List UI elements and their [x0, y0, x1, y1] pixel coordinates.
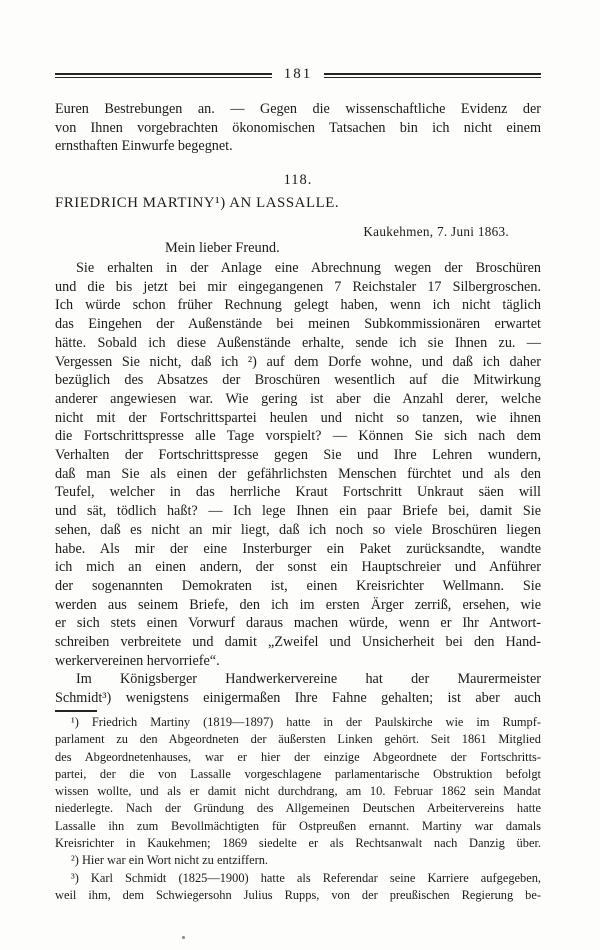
text-line: bezüglich des Absatzes der Broschüren we…: [55, 371, 541, 390]
text-line: und sät, tödlich haßt? — Ich lege Ihnen …: [55, 502, 541, 521]
footnote-3: ³) Karl Schmidt (1825—1900) hatte als Re…: [55, 870, 541, 905]
text-line: ²) Hier war ein Wort nicht zu entziffern…: [55, 852, 541, 869]
footnote-1: ¹) Friedrich Martiny (1819—1897) hatte i…: [55, 714, 541, 852]
book-page: 181 Euren Bestrebungen an. — Gegen die w…: [0, 0, 600, 950]
text-line: hätte. Sobald ich diese Außenstände erha…: [55, 334, 541, 353]
text-line: werden aus seinem Briefe, den ich im ers…: [55, 596, 541, 615]
text-line: nicht mit der Fortschrittspartei heulen …: [55, 409, 541, 428]
text-line: von Ihnen vorgebrachten ökonomischen Tat…: [55, 119, 541, 138]
text-line: daß man Sie als einen der gefährlichsten…: [55, 465, 541, 484]
letter-number: 118.: [55, 172, 541, 189]
text-line: niederlegte. Nach der Gründung des Allge…: [55, 800, 541, 817]
text-line: ich mich an einen andern, der sonst ein …: [55, 558, 541, 577]
letter-dateline: Kaukehmen, 7. Juni 1863.: [55, 224, 541, 240]
header-rule-left: [55, 73, 272, 78]
text-line: und die bis jetzt bei mir eingegangenen …: [55, 278, 541, 297]
letter-title: FRIEDRICH MARTINY¹) AN LASSALLE.: [55, 195, 541, 212]
text-line: sehen, daß es nicht an mir liegt, daß ic…: [55, 521, 541, 540]
text-line: habe. Als mir der eine Insterburger ein …: [55, 540, 541, 559]
letter-body-paragraph-2: Im Königsberger Handwerkervereine hat de…: [55, 670, 541, 707]
letter-body: Sie erhalten in der Anlage eine Abrechnu…: [55, 259, 541, 708]
text-line: Euren Bestrebungen an. — Gegen die wisse…: [55, 100, 541, 119]
text-line: wissen wollte, und als er damit nicht du…: [55, 783, 541, 800]
footnote-2: ²) Hier war ein Wort nicht zu entziffern…: [55, 852, 541, 869]
text-line: Verhalten der Fortschrittspresse gegen S…: [55, 446, 541, 465]
text-line: ¹) Friedrich Martiny (1819—1897) hatte i…: [55, 714, 541, 731]
text-line: er sich stets einen Vorwurf daraus mache…: [55, 614, 541, 633]
text-line: Lassalle ihn zum Bevollmächtigten für Os…: [55, 818, 541, 835]
text-line: partei, der die von Lassalle vorgeschlag…: [55, 766, 541, 783]
letter-body-paragraph-1: Sie erhalten in der Anlage eine Abrechnu…: [55, 259, 541, 670]
continuation-paragraph: Euren Bestrebungen an. — Gegen die wisse…: [55, 100, 541, 156]
text-line: Kreisrichter in Kaukehmen; 1869 siedelte…: [55, 835, 541, 852]
text-line: werkervereinen hervorriefe“.: [55, 652, 541, 671]
letter-salutation: Mein lieber Freund.: [55, 240, 600, 257]
text-line: parlament zu den Abgeordneten der äußers…: [55, 731, 541, 748]
text-line: der sogenannten Demokraten ist, einen Kr…: [55, 577, 541, 596]
text-line: Schmidt³) wenigstens einigermaßen Ihre F…: [55, 689, 541, 708]
page-header: 181: [55, 68, 541, 82]
footnotes-block: ¹) Friedrich Martiny (1819—1897) hatte i…: [55, 714, 541, 904]
text-line: Teufel, welcher in das herrliche Kraut F…: [55, 483, 541, 502]
text-line: des Abgeordnetenhauses, war er hier der …: [55, 749, 541, 766]
footnote-separator: [55, 710, 97, 712]
text-line: das Eingehen der Außenstände bei meinen …: [55, 315, 541, 334]
scan-artifact-dot: [182, 936, 185, 939]
text-line: Sie erhalten in der Anlage eine Abrechnu…: [55, 259, 541, 278]
text-line: Ich würde schon früher Rechnung gelegt h…: [55, 296, 541, 315]
text-line: Vergessen Sie nicht, daß ich ²) auf dem …: [55, 353, 541, 372]
page-number: 181: [284, 67, 313, 81]
text-line: die Fortschrittspresse alle Tage vorspie…: [55, 427, 541, 446]
text-line: schreiben verbreitete und damit „Zweifel…: [55, 633, 541, 652]
text-line: ernsthaften Einwurfe begegnet.: [55, 137, 541, 156]
text-line: weil ihm, dem Schwiegersohn Julius Rupps…: [55, 887, 541, 904]
text-line: Im Königsberger Handwerkervereine hat de…: [55, 670, 541, 689]
text-line: anderer angewiesen war. Wie gering ist a…: [55, 390, 541, 409]
header-rule-right: [324, 73, 541, 78]
text-line: ³) Karl Schmidt (1825—1900) hatte als Re…: [55, 870, 541, 887]
